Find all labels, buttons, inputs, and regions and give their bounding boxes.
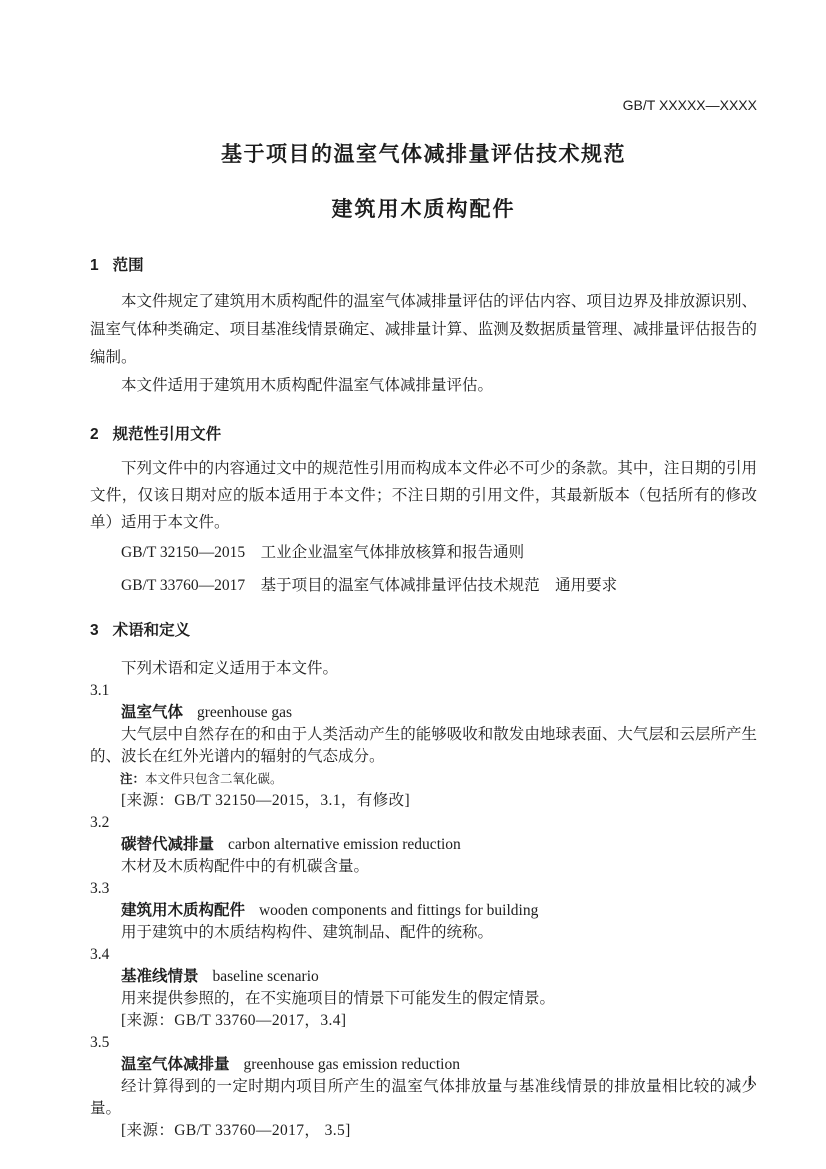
- terms-section-title: 术语和定义: [113, 622, 191, 639]
- note-text: 本文件只包含二氧化碳。: [145, 772, 283, 786]
- reference-item: GB/T 33760—2017 基于项目的温室气体减排量评估技术规范 通用要求: [90, 575, 757, 596]
- term-source-3-4: [来源：GB/T 33760—2017，3.4]: [90, 1010, 757, 1032]
- reference-item: GB/T 32150—2015 工业企业温室气体排放核算和报告通则: [90, 542, 757, 563]
- term-definition-3-5: 经计算得到的一定时期内项目所产生的温室气体排放量与基准线情景的排放量相比较的减少…: [90, 1076, 757, 1120]
- section-terms: 3术语和定义 下列术语和定义适用于本文件。 3.1 温室气体greenhouse…: [90, 620, 757, 1142]
- term-definition-3-1: 大气层中自然存在的和由于人类活动产生的能够吸收和散发由地球表面、大气层和云层所产…: [90, 724, 757, 768]
- term-zh-label: 温室气体减排量: [121, 1056, 230, 1073]
- term-title-3-3: 建筑用木质构配件wooden components and fittings f…: [90, 900, 757, 922]
- term-definition-3-2: 木材及木质构配件中的有机碳含量。: [90, 856, 757, 878]
- term-zh-label: 碳替代减排量: [121, 836, 214, 853]
- terms-heading: 3术语和定义: [90, 620, 757, 641]
- references-section-number: 2: [90, 424, 99, 445]
- section-scope: 1范围 本文件规定了建筑用木质构配件的温室气体减排量评估的评估内容、项目边界及排…: [90, 255, 757, 400]
- document-subtitle: 建筑用木质构配件: [90, 195, 757, 225]
- page-number: 1: [747, 1072, 755, 1090]
- term-zh-label: 基准线情景: [121, 968, 199, 985]
- scope-heading: 1范围: [90, 255, 757, 276]
- standard-code: GB/T XXXXX—XXXX: [90, 96, 757, 114]
- term-source-3-5: [来源：GB/T 33760—2017， 3.5]: [90, 1120, 757, 1142]
- term-title-3-1: 温室气体greenhouse gas: [90, 702, 757, 724]
- scope-paragraph-2: 本文件适用于建筑用木质构配件温室气体减排量评估。: [90, 372, 757, 400]
- references-heading: 2规范性引用文件: [90, 424, 757, 445]
- term-en-label: wooden components and fittings for build…: [259, 902, 538, 919]
- term-number-3-3: 3.3: [90, 878, 757, 900]
- term-note-3-1: 注：本文件只包含二氧化碳。: [90, 768, 757, 790]
- term-title-3-2: 碳替代减排量carbon alternative emission reduct…: [90, 834, 757, 856]
- section-normative-references: 2规范性引用文件 下列文件中的内容通过文中的规范性引用而构成本文件必不可少的条款…: [90, 424, 757, 596]
- references-section-title: 规范性引用文件: [113, 426, 222, 443]
- term-en-label: baseline scenario: [212, 968, 318, 985]
- terms-section-number: 3: [90, 620, 99, 641]
- term-definition-3-4: 用来提供参照的，在不实施项目的情景下可能发生的假定情景。: [90, 988, 757, 1010]
- scope-paragraph-1: 本文件规定了建筑用木质构配件的温室气体减排量评估的评估内容、项目边界及排放源识别…: [90, 288, 757, 372]
- term-definition-3-3: 用于建筑中的木质结构构件、建筑制品、配件的统称。: [90, 922, 757, 944]
- term-zh-label: 建筑用木质构配件: [121, 902, 245, 919]
- term-number-3-4: 3.4: [90, 944, 757, 966]
- term-number-3-1: 3.1: [90, 680, 757, 702]
- note-label: 注：: [120, 772, 145, 786]
- document-title: 基于项目的温室气体减排量评估技术规范: [90, 140, 757, 170]
- term-en-label: carbon alternative emission reduction: [228, 836, 461, 853]
- term-title-3-5: 温室气体减排量greenhouse gas emission reduction: [90, 1054, 757, 1076]
- term-zh-label: 温室气体: [121, 704, 183, 721]
- term-title-3-4: 基准线情景baseline scenario: [90, 966, 757, 988]
- term-source-3-1: [来源：GB/T 32150—2015，3.1，有修改]: [90, 790, 757, 812]
- references-paragraph: 下列文件中的内容通过文中的规范性引用而构成本文件必不可少的条款。其中，注日期的引…: [90, 455, 757, 536]
- document-page: GB/T XXXXX—XXXX 基于项目的温室气体减排量评估技术规范 建筑用木质…: [0, 0, 826, 1169]
- scope-section-title: 范围: [113, 257, 144, 274]
- terms-intro: 下列术语和定义适用于本文件。: [90, 658, 757, 680]
- term-number-3-5: 3.5: [90, 1032, 757, 1054]
- term-number-3-2: 3.2: [90, 812, 757, 834]
- term-en-label: greenhouse gas emission reduction: [243, 1056, 460, 1073]
- term-en-label: greenhouse gas: [197, 704, 292, 721]
- scope-section-number: 1: [90, 255, 99, 276]
